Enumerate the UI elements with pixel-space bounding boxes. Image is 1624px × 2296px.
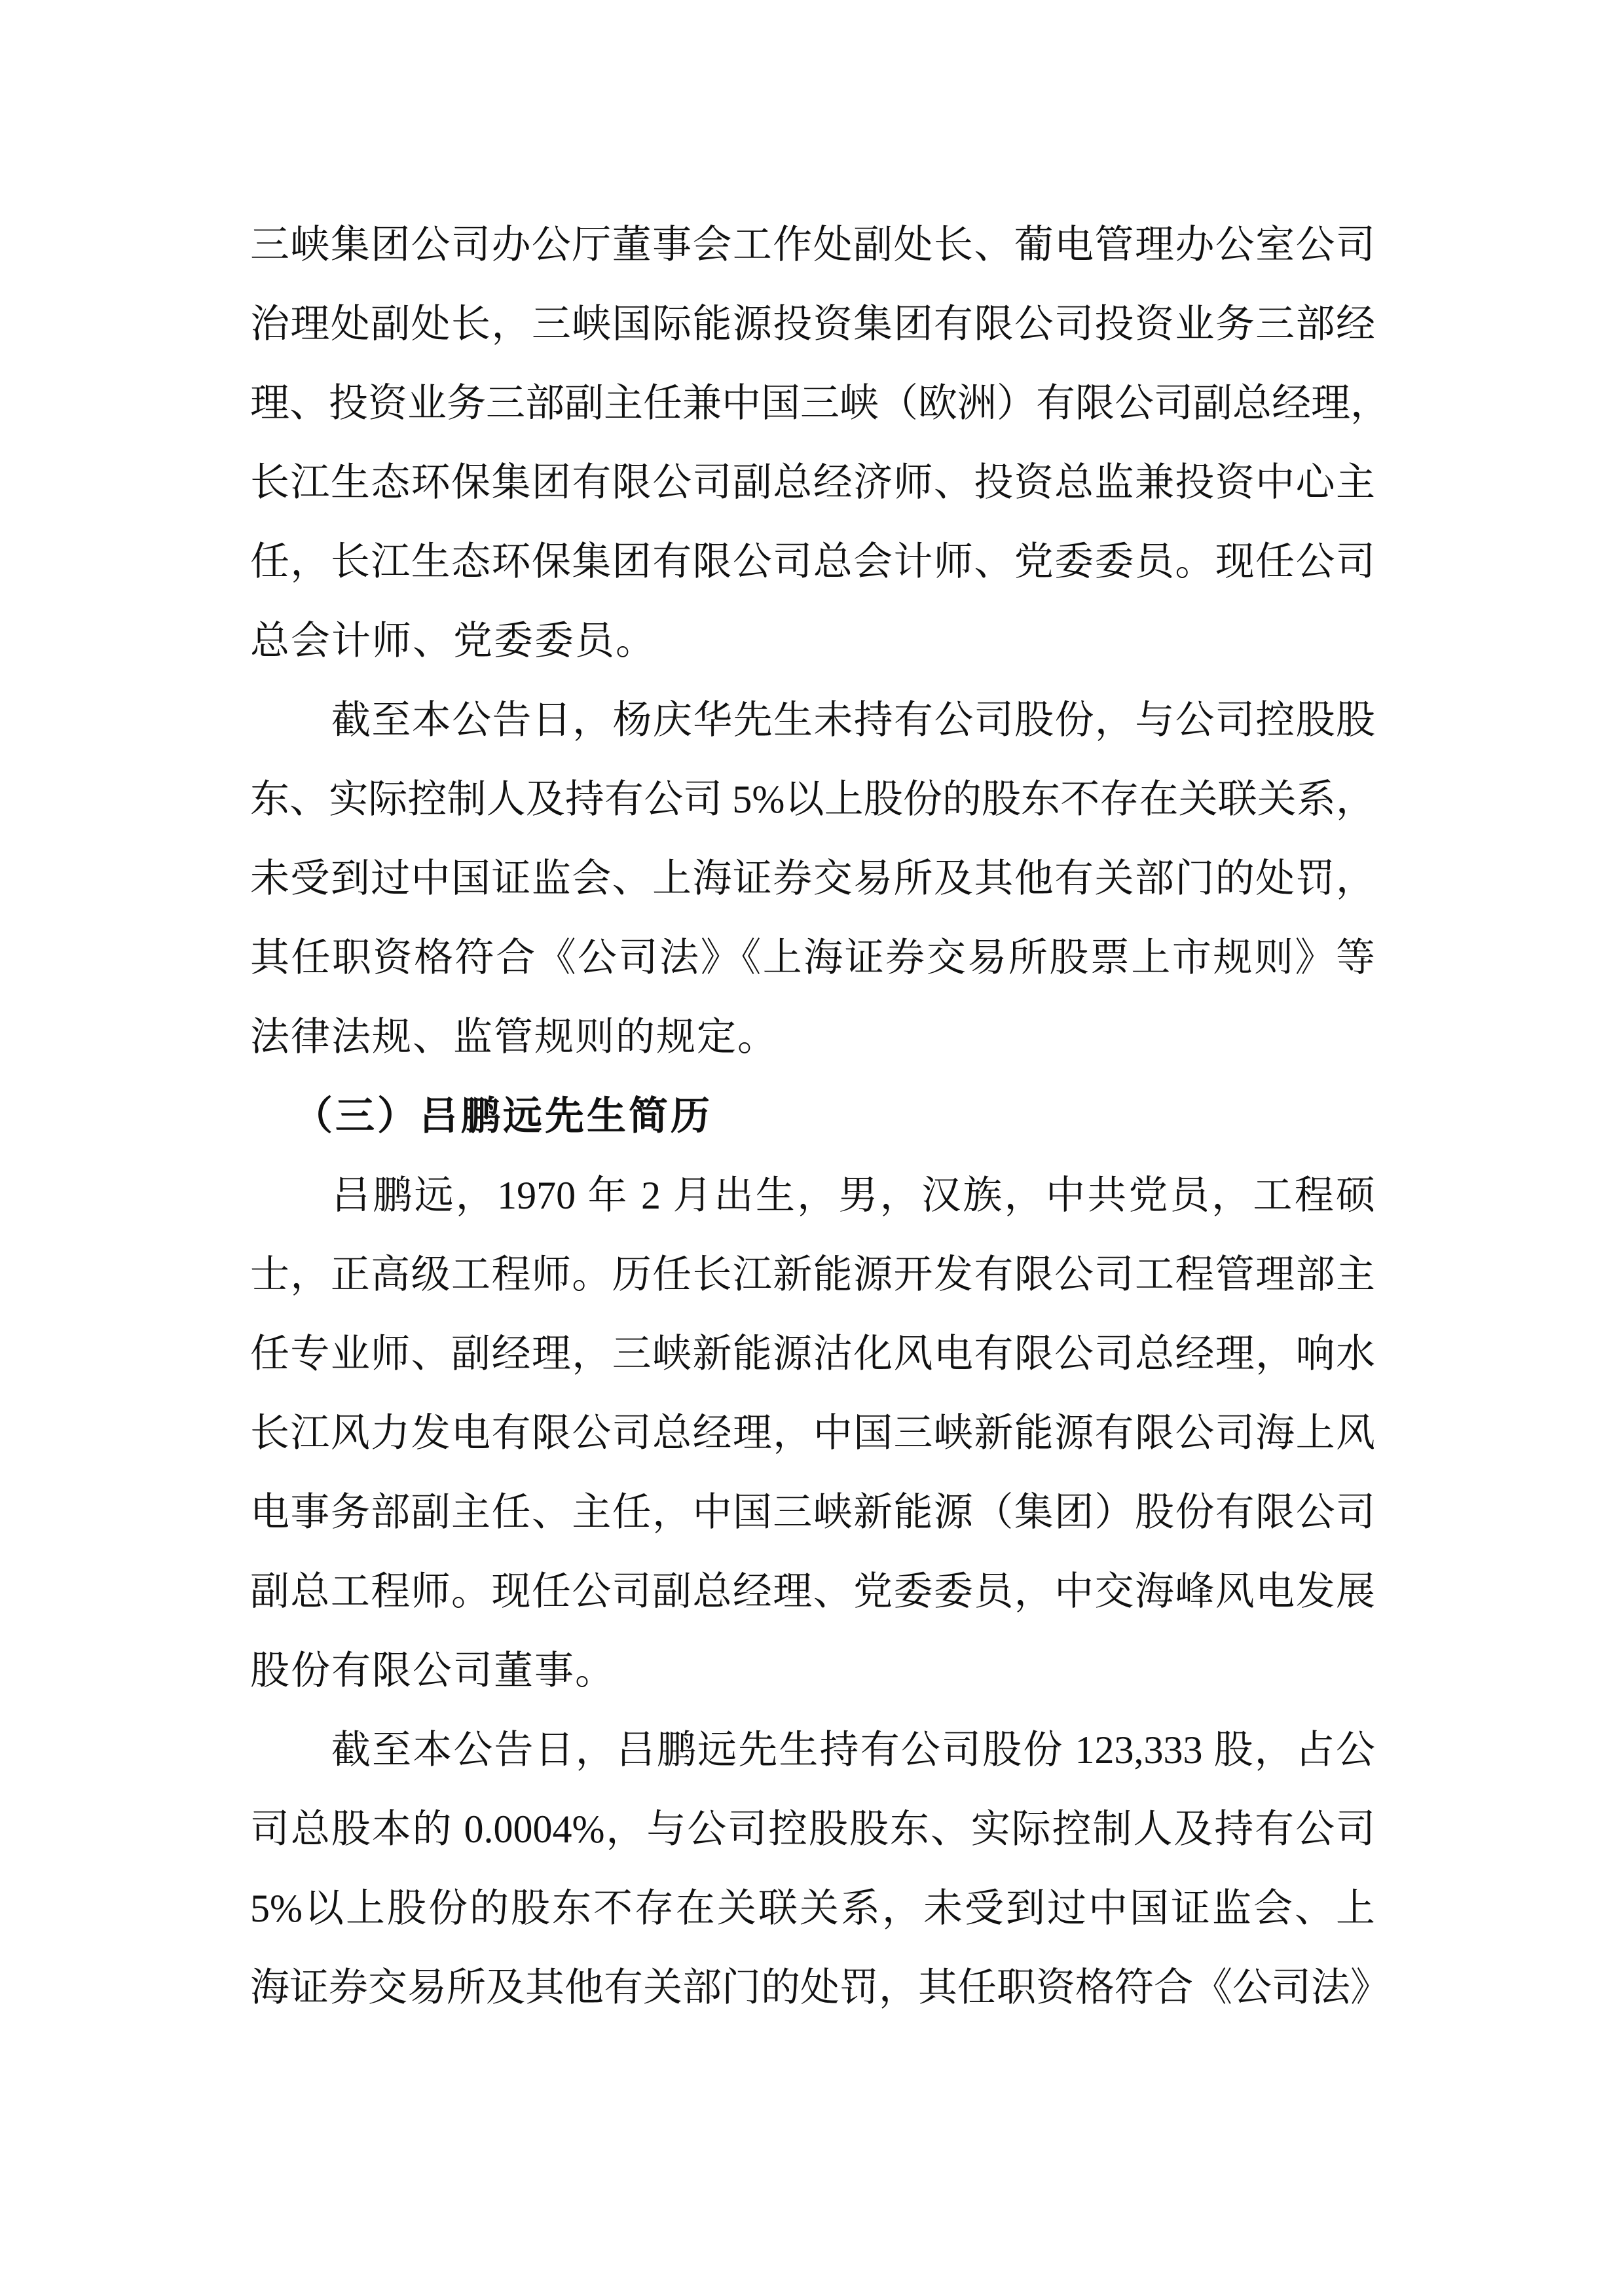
text-line: 治理处副处长，三峡国际能源投资集团有限公司投资业务三部经: [250, 285, 1375, 364]
text-line: 未受到过中国证监会、上海证券交易所及其他有关部门的处罚，: [250, 839, 1375, 919]
text-line: 股份有限公司董事。: [250, 1631, 1375, 1711]
text-line: 理、投资业务三部副主任兼中国三峡（欧洲）有限公司副总经理，: [250, 364, 1375, 443]
text-line: 副总工程师。现任公司副总经理、党委委员，中交海峰风电发展: [250, 1552, 1375, 1631]
paragraph-first-line: 吕鹏远，1970 年 2 月出生，男，汉族，中共党员，工程硕: [250, 1156, 1375, 1235]
text-line: 司总股本的 0.0004%，与公司控股股东、实际控制人及持有公司: [250, 1790, 1375, 1869]
text-line: 士，正高级工程师。历任长江新能源开发有限公司工程管理部主: [250, 1235, 1375, 1315]
text-line: 5%以上股份的股东不存在关联关系，未受到过中国证监会、上: [250, 1869, 1375, 1948]
text-line: 法律法规、监管规则的规定。: [250, 998, 1375, 1077]
text-line: 三峡集团公司办公厅董事会工作处副处长、葡电管理办公室公司: [250, 206, 1375, 285]
text-line: 任专业师、副经理，三峡新能源沽化风电有限公司总经理，响水: [250, 1315, 1375, 1394]
text-line: 东、实际控制人及持有公司 5%以上股份的股东不存在关联关系，: [250, 760, 1375, 839]
text-line: 长江风力发电有限公司总经理，中国三峡新能源有限公司海上风: [250, 1394, 1375, 1473]
text-line: 电事务部副主任、主任，中国三峡新能源（集团）股份有限公司: [250, 1473, 1375, 1552]
text-line: 其任职资格符合《公司法》《上海证券交易所股票上市规则》等: [250, 919, 1375, 998]
section-heading: （三）吕鹏远先生简历: [250, 1077, 712, 1156]
text-line: 任，长江生态环保集团有限公司总会计师、党委委员。现任公司: [250, 522, 1375, 602]
paragraph-first-line: 截至本公告日，杨庆华先生未持有公司股份，与公司控股股: [250, 681, 1375, 760]
text-line: 海证券交易所及其他有关部门的处罚，其任职资格符合《公司法》: [250, 1948, 1375, 2028]
text-line: 长江生态环保集团有限公司副总经济师、投资总监兼投资中心主: [250, 443, 1375, 522]
paragraph-first-line: 截至本公告日，吕鹏远先生持有公司股份 123,333 股，占公: [250, 1711, 1375, 1790]
text-line: 总会计师、党委委员。: [250, 602, 1375, 681]
